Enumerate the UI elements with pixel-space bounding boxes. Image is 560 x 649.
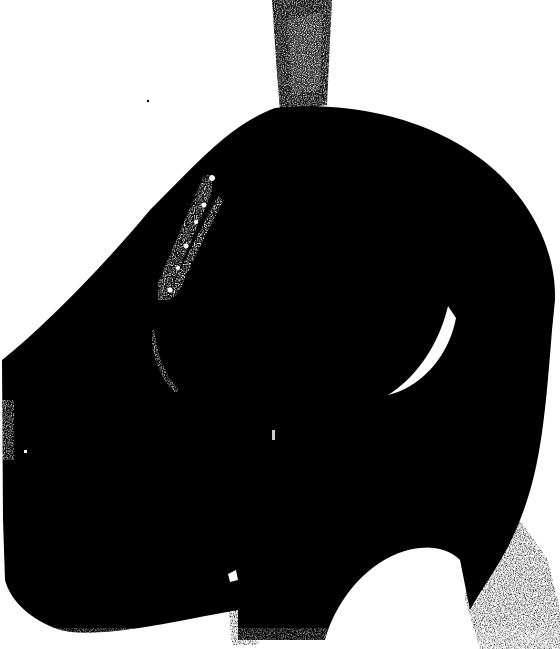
stem — [270, 0, 334, 112]
photo — [0, 0, 560, 649]
